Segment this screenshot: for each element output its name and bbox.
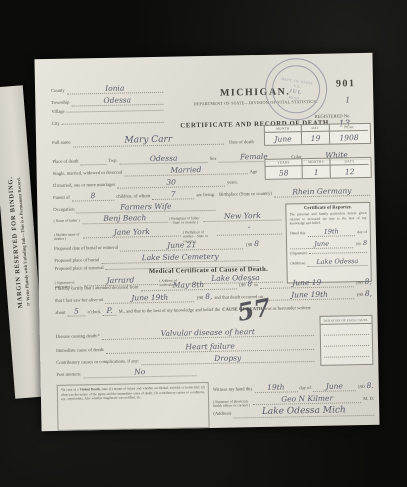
printed-text: day of (299, 385, 311, 390)
reporter-signature-line: (Signature) (290, 250, 367, 255)
field-value: Benj Beach (82, 213, 167, 225)
field-label: Post mortem: (56, 371, 81, 376)
blank-line (324, 324, 369, 336)
age-table: YEARS MONTHS DAYS 58 1 12 (264, 157, 371, 180)
stamp-line: DEPT. OF STATE (281, 76, 313, 85)
field-value: No (83, 366, 197, 378)
field-label: Dated this (290, 231, 306, 235)
attended-to-date: June 19 (260, 277, 354, 289)
year-prefix: 190 (358, 384, 365, 389)
field-county: County Ionia (51, 83, 163, 95)
field-contributory-causes: Contributory causes or complications, if… (56, 352, 314, 367)
witness-year: 8. (367, 381, 374, 390)
field-value: Odessa (119, 153, 207, 165)
field-label: are living. (196, 192, 215, 197)
field-label: Village (51, 109, 64, 114)
handwritten-scrawl-number: 57 (235, 292, 273, 327)
field-label: Occupation (53, 207, 74, 212)
year-prefix: 190 (196, 295, 203, 300)
year-prefix: 190 (356, 280, 363, 285)
table-cell: June (265, 132, 302, 145)
field-township: Township Odessa (51, 95, 163, 107)
department-line: DEPARTMENT OF STATE—DIVISION OF VITAL ST… (153, 98, 357, 107)
children-count: 8 (72, 191, 115, 202)
last-seen-date: June 19th (105, 292, 194, 304)
blank-line (324, 335, 369, 347)
field-label: Proposed place of burial (54, 257, 99, 263)
year-prefix: 190 (245, 242, 252, 247)
age-label: Age (250, 169, 258, 174)
witness-day: 19th (254, 382, 297, 393)
field-label: Birthplace (State or country) (219, 191, 272, 197)
table-cell: 58 (266, 166, 303, 179)
duration-of-each-cause-box: DURATION OF EACH CAUSE. (319, 315, 373, 366)
field-city: City (52, 119, 164, 126)
field-children: Parent of 8 children, of whom 7 are livi… (53, 189, 215, 202)
stamp-line: MICH. (288, 95, 301, 101)
last-seen-year: 8, (205, 292, 212, 301)
field-label: Immediate cause of death: (56, 347, 104, 353)
table-cell: 19 (302, 132, 330, 145)
attended-from-date: May 8th (140, 279, 236, 291)
table-cell: 12 (331, 165, 369, 178)
field-birthplace: Birthplace (State or country) Rhein Germ… (219, 186, 370, 199)
field-village: Village (51, 107, 163, 114)
blank-line (324, 346, 369, 358)
field-label: (Signature) (290, 251, 307, 255)
field-full-name: Full name Mary Carr (52, 134, 224, 148)
reporter-signature (309, 252, 367, 254)
date-of-death-table: MONTH DAY YEAR June 19 1908 (264, 123, 371, 146)
field-label: Single, married, widowed or divorced (53, 170, 123, 176)
violent-death-note: *In case of a Violent Death, state (1) m… (57, 382, 210, 431)
field-value: Married (124, 164, 248, 176)
sex-label: Sex (210, 156, 217, 161)
field-label: If married, one or more marriages (53, 182, 115, 188)
physician-signature: Geo N Kilmer (253, 393, 361, 405)
death-certificate-sheet: County Ionia Township Odessa Village Cit… (34, 53, 379, 431)
table-cell: 1908 (330, 131, 368, 144)
field-value: Dropsy (141, 352, 314, 365)
twp-label: Twp. (108, 158, 117, 163)
field-post-mortem: Post mortem: No (56, 366, 196, 379)
field-marriages: If married, one or more marriages 30 yea… (53, 176, 238, 190)
printed-text: about (55, 310, 65, 315)
field-label: Full name (52, 140, 71, 145)
registered-no-label: REGISTERED No. (315, 113, 351, 119)
reporter-dated-line2: June 190 8 (290, 239, 367, 249)
field-value: Odessa (71, 95, 163, 107)
printed-text: was as hereunder written: (264, 305, 311, 311)
form-number: 901 (336, 78, 356, 89)
physician-address-line: (Address) Lake Odessa Mich (213, 405, 374, 419)
field-label: ( Birthplace of father—State or country … (169, 216, 201, 226)
field-label: Parent of (53, 195, 70, 200)
printed-text: Witness my hand this (213, 386, 253, 392)
field-label: Disease causing death:* (56, 333, 100, 339)
am-pm: P. (103, 306, 117, 316)
field-label: City (52, 121, 60, 126)
field-suffix: years. (227, 179, 238, 184)
printed-text: o'clock (87, 309, 100, 314)
field-label: Place of death (52, 158, 78, 163)
field-value: 30 (117, 177, 225, 189)
field-value: ″ (217, 225, 282, 236)
stamp-line: V. S. (293, 83, 300, 88)
date-of-death-label: Date of death (229, 139, 254, 144)
death-hour: 5 (67, 306, 85, 316)
year-prefix: 190 (355, 242, 361, 246)
dated-day: 19th (307, 227, 355, 237)
children-living: 7 (152, 189, 195, 200)
printed-text: to (254, 282, 258, 287)
printed-text: M., and that to the best of my knowledge… (119, 307, 221, 314)
field-value: Valvular disease of heart (102, 326, 314, 340)
field-label: day of (357, 230, 367, 234)
witness-line: Witness my hand this 19th day of June 19… (213, 381, 374, 394)
field-value: Ionia (66, 83, 163, 95)
year-prefix: 190 (239, 282, 246, 287)
dated-year: 8 (363, 239, 367, 247)
witness-month: June (313, 381, 356, 392)
scanned-death-certificate: Record. MARGIN RESERVED FOR BINDING. ☞ W… (0, 0, 407, 487)
field-label: Township (51, 100, 69, 105)
field-label: ( Maiden name of mother ) (54, 232, 81, 241)
attended-from-year: 8 (247, 279, 252, 288)
reporter-box-body: The personal and family particulars here… (289, 211, 366, 226)
table-cell: 1 (303, 166, 331, 179)
stamp-line: JUL (289, 88, 303, 96)
field-label: (Address) (213, 411, 231, 416)
printed-text: that I last saw her alive on (55, 297, 103, 303)
field-value: Jane York (83, 226, 181, 238)
field-value (67, 110, 164, 113)
field-value: Rhein Germany (274, 186, 370, 198)
death-date: June 19th (265, 289, 354, 301)
md-suffix: M. D. (363, 396, 374, 401)
attended-to-year: 8, (365, 277, 372, 286)
year-prefix: 190 (356, 292, 363, 297)
field-label: ( Name of father ) (54, 218, 81, 223)
form-number-mark: 1 (345, 95, 350, 104)
reporter-dated-line: Dated this 19th day of (290, 227, 367, 237)
physician-address: Lake Odessa Mich (233, 405, 374, 419)
field-value: Mary Carr (72, 134, 224, 148)
field-label: County (51, 88, 65, 93)
field-value: New York (203, 211, 282, 223)
field-label: Contributory causes or complications, if… (56, 358, 139, 365)
field-label: children, of whom (116, 193, 150, 199)
field-disease-causing-death: Disease causing death:* Valvular disease… (56, 326, 314, 341)
field-value (62, 122, 164, 125)
field-label: Proposed date of burial or removal (54, 245, 118, 251)
death-year: 8, (365, 289, 372, 298)
printed-text: I hereby certify that I attended decease… (55, 284, 139, 291)
field-value: June 21 (120, 239, 244, 251)
dated-month: June (290, 239, 353, 249)
year-value: 8 (254, 239, 259, 248)
blank-line (81, 164, 107, 165)
